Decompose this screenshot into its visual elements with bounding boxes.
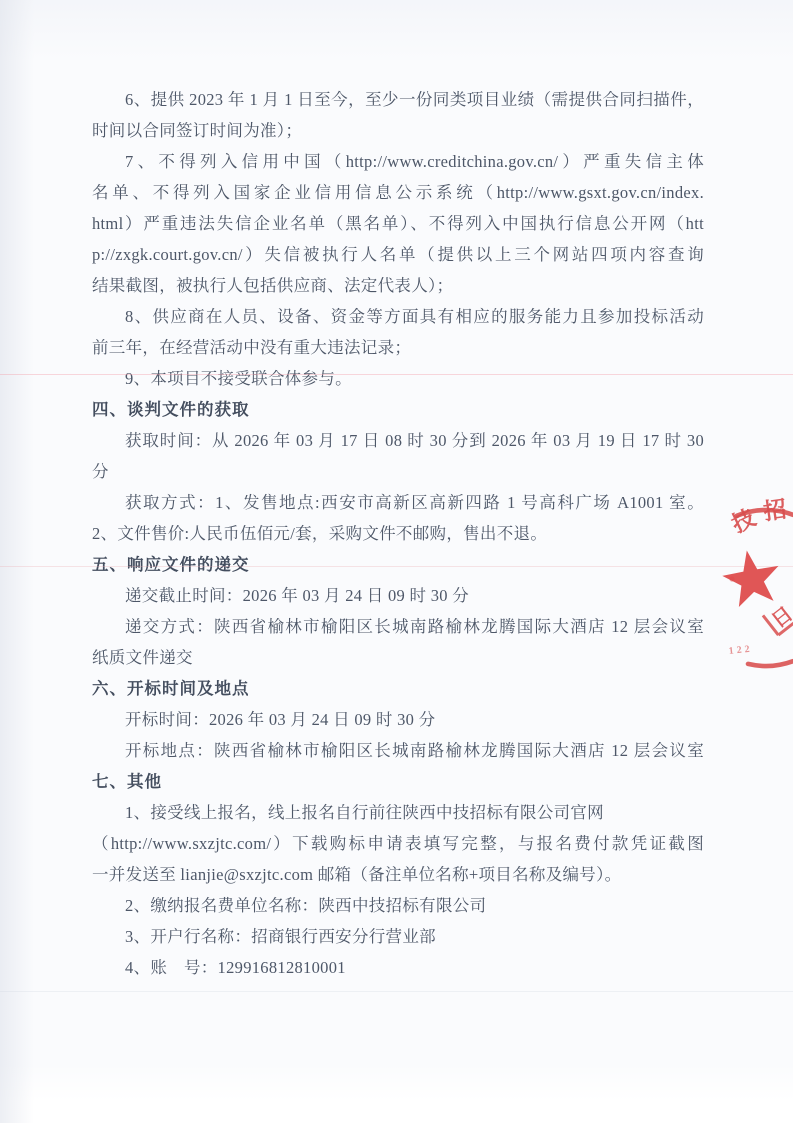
document-line: 开标地点：陕西省榆林市榆阳区长城南路榆林龙腾国际大酒店 12 层会议室: [92, 735, 704, 766]
stamp-bottom-glyph-char: 日: [767, 602, 793, 632]
seal-ring-top-arc: [737, 510, 793, 516]
document-line: 8、供应商在人员、设备、资金等方面具有相应的服务能力且参加投标活动: [92, 301, 704, 332]
stamp-arc-char-1: 技: [728, 505, 760, 538]
document-line: 分: [92, 456, 704, 487]
document-line: 1、接受线上报名，线上报名自行前往陕西中技招标有限公司官网: [92, 797, 704, 828]
scan-artifact-line: [0, 991, 793, 992]
stamp-bottom-glyph-frame: [763, 598, 793, 635]
document-line: 6、提供 2023 年 1 月 1 日至今，至少一份同类项目业绩（需提供合同扫描…: [92, 84, 704, 115]
document-line: 2、文件售价:人民币伍佰元/套，采购文件不邮购，售出不退。: [92, 518, 704, 549]
document-line: 4、账 号：129916812810001: [92, 952, 704, 983]
document-line: 结果截图，被执行人包括供应商、法定代表人）；: [92, 270, 704, 301]
scanned-document-page: 6、提供 2023 年 1 月 1 日至今，至少一份同类项目业绩（需提供合同扫描…: [0, 0, 793, 1123]
stamp-bottom-glyph: 日: [763, 598, 793, 635]
document-line: 2、缴纳报名费单位名称：陕西中技招标有限公司: [92, 890, 704, 921]
document-line: 一并发送至 lianjie@sxzjtc.com 邮箱（备注单位名称+项目名称及…: [92, 859, 704, 890]
document-line: 开标时间：2026 年 03 月 24 日 09 时 30 分: [92, 704, 704, 735]
stamp-serial-text: 122: [728, 644, 753, 657]
document-line: 名单、不得列入国家企业信用信息公示系统（http://www.gsxt.gov.…: [92, 177, 704, 208]
document-line: 获取方式：1、发售地点:西安市高新区高新四路 1 号高科广场 A1001 室。: [92, 487, 704, 518]
document-line: 前三年，在经营活动中没有重大违法记录；: [92, 332, 704, 363]
section-heading: 四、谈判文件的获取: [92, 394, 704, 425]
section-heading: 五、响应文件的递交: [92, 549, 704, 580]
document-line: 9、本项目不接受联合体参与。: [92, 363, 704, 394]
document-line: 7、不得列入信用中国（http://www.creditchina.gov.cn…: [92, 146, 704, 177]
stamp-star-icon: [719, 546, 785, 609]
document-line: 纸质文件递交: [92, 642, 704, 673]
document-line: 递交方式：陕西省榆林市榆阳区长城南路榆林龙腾国际大酒店 12 层会议室: [92, 611, 704, 642]
seal-ink-speck: [729, 576, 734, 581]
document-line: p://zxgk.court.gov.cn/）失信被执行人名单（提供以上三个网站…: [92, 239, 704, 270]
section-heading: 六、开标时间及地点: [92, 673, 704, 704]
document-line: 获取时间：从 2026 年 03 月 17 日 08 时 30 分到 2026 …: [92, 425, 704, 456]
stamp-arc-char-2: 招: [762, 496, 788, 525]
document-line: 3、开户行名称：招商银行西安分行营业部: [92, 921, 704, 952]
seal-ring-bottom-arc: [748, 661, 793, 666]
document-line: html）严重违法失信企业名单（黑名单）、不得列入中国执行信息公开网（htt: [92, 208, 704, 239]
document-line: 递交截止时间：2026 年 03 月 24 日 09 时 30 分: [92, 580, 704, 611]
document-line: （http://www.sxzjtc.com/）下载购标申请表填写完整，与报名费…: [92, 828, 704, 859]
section-heading: 七、其他: [92, 766, 704, 797]
document-body: 6、提供 2023 年 1 月 1 日至今，至少一份同类项目业绩（需提供合同扫描…: [92, 84, 704, 983]
document-line: 时间以合同签订时间为准）；: [92, 115, 704, 146]
